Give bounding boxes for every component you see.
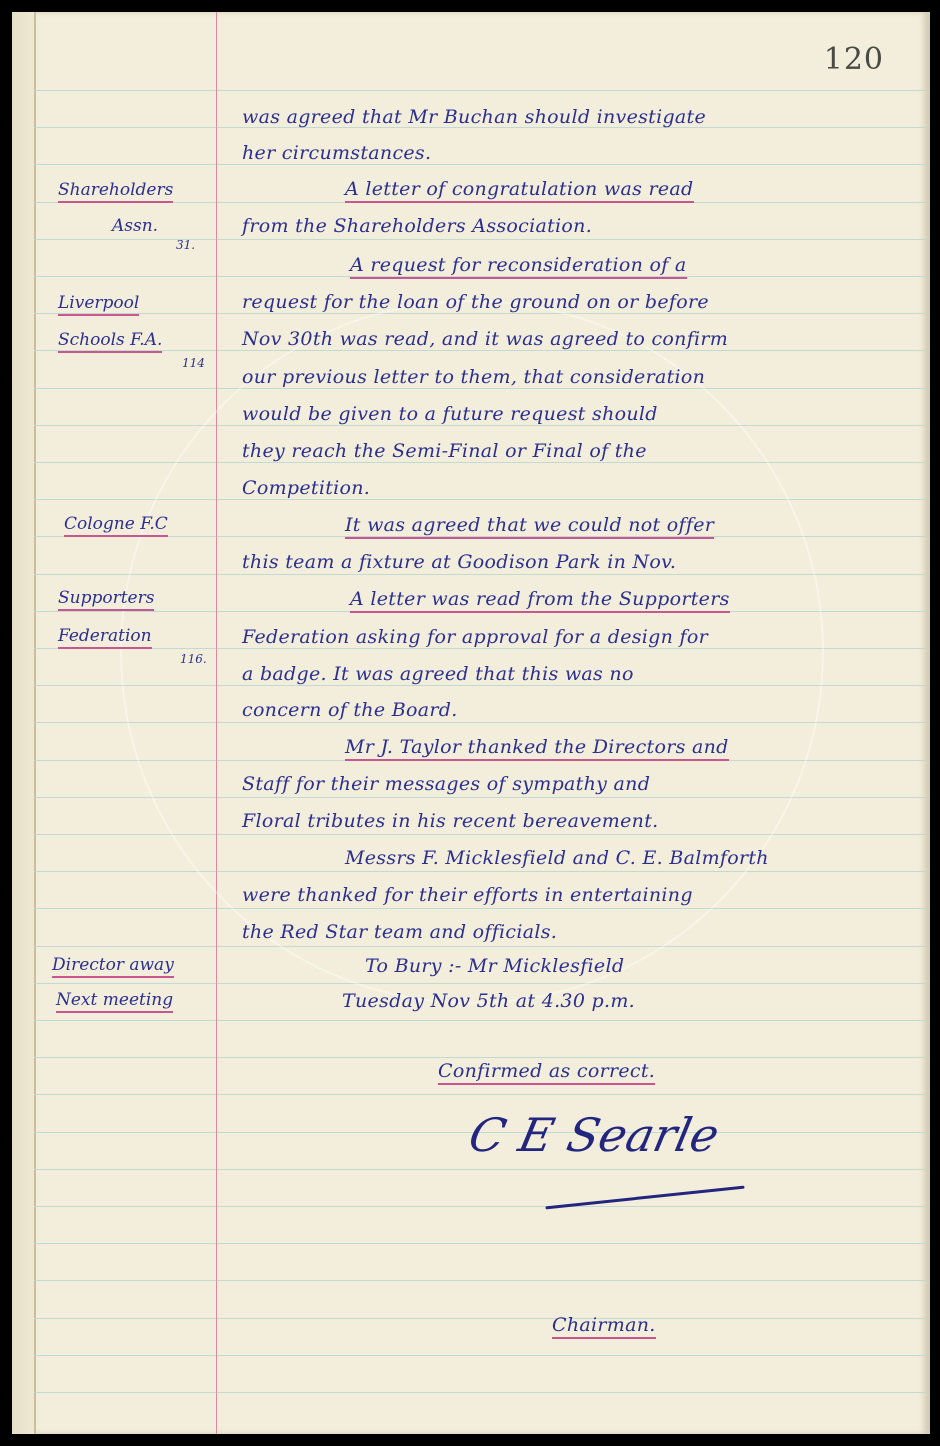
body-line: her circumstances. — [242, 142, 431, 164]
ruled-line — [34, 871, 926, 872]
ruled-line — [34, 946, 926, 947]
body-line: were thanked for their efforts in entert… — [242, 884, 693, 906]
ruled-line — [34, 1020, 926, 1021]
ruled-line — [34, 834, 926, 835]
body-line: A request for reconsideration of a — [350, 254, 687, 279]
body-line: Competition. — [242, 477, 370, 499]
chairman-title: Chairman. — [552, 1314, 656, 1339]
margin-note-next-meeting: Next meeting — [56, 990, 173, 1013]
body-line: Floral tributes in his recent bereavemen… — [242, 810, 658, 832]
ruled-line — [34, 648, 926, 649]
ruled-line — [34, 722, 926, 723]
body-line: Mr J. Taylor thanked the Directors and — [345, 736, 729, 761]
margin-note-shareholders: Shareholders — [58, 180, 173, 203]
body-line: the Red Star team and officials. — [242, 921, 557, 943]
ruled-line — [34, 1318, 926, 1319]
body-line: concern of the Board. — [242, 699, 458, 721]
margin-note-ref-116: 116. — [180, 652, 207, 666]
ruled-line — [34, 1169, 926, 1170]
ruled-line — [34, 1094, 926, 1095]
body-line: It was agreed that we could not offer — [345, 514, 714, 539]
body-line: A letter was read from the Supporters — [350, 588, 730, 613]
ruled-line — [34, 1057, 926, 1058]
ruled-line — [34, 350, 926, 351]
body-line: would be given to a future request shoul… — [242, 403, 658, 425]
ruled-line — [34, 685, 926, 686]
margin-note-liverpool: Liverpool — [58, 293, 139, 316]
ruled-line — [34, 1243, 926, 1244]
body-line: our previous letter to them, that consid… — [242, 366, 705, 388]
margin-note-cologne-fc: Cologne F.C — [64, 514, 168, 537]
margin-note-federation: Federation — [58, 626, 152, 649]
book-binding-edge — [12, 12, 36, 1434]
ruled-line — [34, 462, 926, 463]
body-line: Staff for their messages of sympathy and — [242, 773, 650, 795]
margin-note-assn: Assn. — [112, 216, 158, 236]
body-line: request for the loan of the ground on or… — [242, 291, 709, 313]
body-line: Nov 30th was read, and it was agreed to … — [242, 328, 728, 350]
ruled-line — [34, 1280, 926, 1281]
ruled-line — [34, 908, 926, 909]
ruled-line — [34, 983, 926, 984]
body-line: a badge. It was agreed that this was no — [242, 663, 634, 685]
ruled-line — [34, 1206, 926, 1207]
ruled-line — [34, 239, 926, 240]
ruled-line — [34, 425, 926, 426]
margin-note-director-away: Director away — [52, 955, 174, 978]
margin-note-ref-114: 114 — [182, 356, 205, 370]
ruled-line — [34, 1355, 926, 1356]
confirmed-as-correct: Confirmed as correct. — [438, 1060, 655, 1085]
ruled-line — [34, 90, 926, 91]
ruled-line — [34, 313, 926, 314]
ruled-line — [34, 797, 926, 798]
body-line: from the Shareholders Association. — [242, 215, 592, 237]
body-line-next-meeting: Tuesday Nov 5th at 4.30 p.m. — [342, 990, 635, 1012]
body-line: Messrs F. Micklesfield and C. E. Balmfor… — [345, 847, 769, 869]
page-number: 120 — [824, 42, 884, 77]
ruled-line — [34, 164, 926, 165]
body-line: they reach the Semi-Final or Final of th… — [242, 440, 647, 462]
body-line: this team a fixture at Goodison Park in … — [242, 551, 676, 573]
body-line-director-away: To Bury :- Mr Micklesfield — [365, 955, 624, 977]
ruled-line — [34, 574, 926, 575]
body-line: was agreed that Mr Buchan should investi… — [242, 106, 706, 128]
margin-red-line — [216, 12, 217, 1434]
margin-note-ref-31: 31. — [176, 238, 195, 252]
margin-note-schools-fa: Schools F.A. — [58, 330, 162, 353]
ruled-line — [34, 499, 926, 500]
body-line: A letter of congratulation was read — [345, 178, 694, 203]
body-line: Federation asking for approval for a des… — [242, 626, 708, 648]
margin-note-supporters: Supporters — [58, 588, 154, 611]
chairman-signature: C E Searle — [464, 1108, 724, 1162]
ruled-line — [34, 1392, 926, 1393]
ruled-line — [34, 388, 926, 389]
